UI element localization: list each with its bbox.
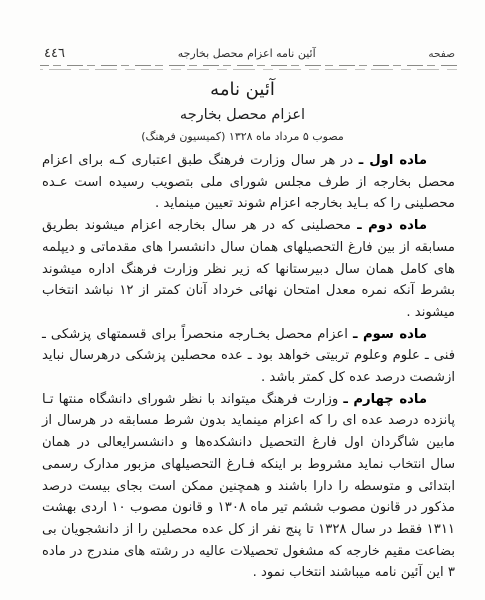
page-label: صفحه — [428, 48, 455, 60]
article-4-text: وزارت فرهنگ میتواند با نظر شورای دانشگاه… — [42, 392, 455, 581]
approval-line: مصوب ۵ مرداد ماه ۱۳۲۸ (کمیسیون فرهنگ) — [0, 130, 485, 143]
article-2-label: ماده دوم ـ — [357, 218, 427, 233]
scanned-document-page: صفحه آئین نامه اعزام محصل بخارجه ٤٤٦ آئی… — [0, 0, 485, 600]
divider-line-top — [40, 65, 457, 66]
article-paragraph-1: ماده اول ـ در هر سال وزارت فرهنگ طبق اعت… — [42, 150, 455, 215]
article-3-label: ماده سوم ـ — [353, 327, 427, 342]
header-divider — [40, 65, 457, 70]
article-paragraph-4: ماده چهارم ـ وزارت فرهنگ میتواند با نظر … — [42, 389, 455, 584]
article-1-label: ماده اول ـ — [359, 153, 427, 168]
divider-line-bottom — [40, 69, 457, 70]
page-number: ٤٤٦ — [44, 46, 65, 61]
document-subtitle: اعزام محصل بخارجه — [0, 107, 485, 123]
running-title: آئین نامه اعزام محصل بخارجه — [178, 47, 316, 60]
article-4-label: ماده چهارم ـ — [343, 392, 427, 407]
article-2-text: محصلینی که در هر سال بخارجه اعزام میشوند… — [42, 218, 455, 320]
document-title: آئین نامه — [0, 79, 485, 100]
article-paragraph-3: ماده سوم ـ اعزام محصل بخـارجه منحصراً بر… — [42, 324, 455, 389]
article-paragraph-2: ماده دوم ـ محصلینی که در هر سال بخارجه ا… — [42, 215, 455, 324]
document-body: ماده اول ـ در هر سال وزارت فرهنگ طبق اعت… — [42, 150, 455, 584]
running-header: صفحه آئین نامه اعزام محصل بخارجه ٤٤٦ — [0, 0, 485, 61]
